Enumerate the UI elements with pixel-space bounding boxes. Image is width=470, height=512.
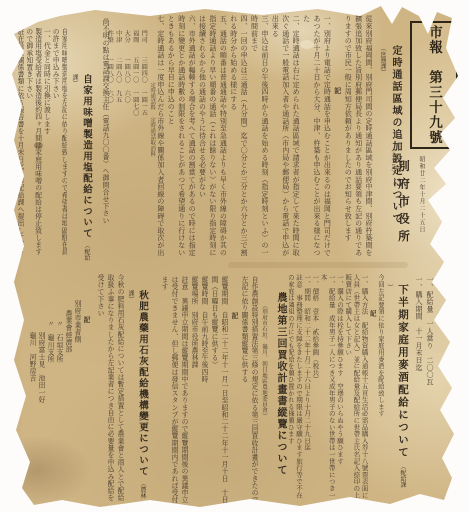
heading-text: 定時通話區域の追加設定について (390, 45, 401, 225)
fee-row-oita: 大分 一圓八〇 六〇 (123, 24, 131, 174)
list-item: 一、配給量 一人當り 二〇〇瓦 (424, 276, 435, 500)
article-heading-lime: 秋肥農藥用石灰配給機構變更について （農林課） (125, 290, 149, 504)
list-item: 一、期間 昭和二十二年十月二十六日より十月二十九日迄 (302, 274, 310, 505)
ki-label: 記 (81, 280, 90, 502)
list-item: 四、一回の申込は三通話（九分間）迄で〇分とか三分とか六分とか三で割れる時分から始… (228, 15, 249, 259)
fee: 三圓四〇 (139, 57, 148, 83)
fee-row-fukuoka: 福岡 五圓一〇 一圓七〇 (132, 24, 140, 174)
article-heading-beer: 下半期家庭用麥酒配給について （配給課） (384, 284, 410, 490)
masthead-title: 市報 第三十九號 (424, 25, 444, 145)
article-heading-miso-salt: 自家用味噌製造用塩配給について （配給課） (69, 74, 93, 262)
paragraph: 註意 異議申立期間は縱覽期間中でありますので縱覽期間後の異議申立は受付できません… (158, 276, 188, 504)
list-item: 縱覽期間 自昭和二十二年十一月一日至昭和二十二年十一月十日 十日間（日曜日も縱覽… (208, 276, 228, 504)
band-gutter-shade (228, 262, 408, 268)
paragraph: 製造用塩受給者は製造後約四ヶ月間は家庭用味噌の配給は停止致しますので御承知置き下… (23, 28, 41, 258)
ki-label: 記 (368, 274, 376, 505)
heading-text: 秋肥農藥用石灰配給機構變更について (137, 290, 147, 477)
heading-text: 下半期家庭用麥酒配給について (397, 284, 408, 459)
list-item: 一、購入期間 十一月末日迄 (413, 276, 424, 500)
list-item: 〃 石垣支所 (54, 280, 63, 502)
list-item: 三、申込は前日の午後四時から通話を始める時刻（指定時刻といふ）の一時間前まで (249, 15, 270, 259)
article-body-lime-intro: 今秋の肥料用石灰配給については暫定措置として農業會と商人とで配給取扱ふ事になりま… (91, 274, 124, 506)
cancel-caption: 定時通話取消料 (148, 117, 156, 157)
heading-text: 自家用味噌製造用塩配給について (81, 74, 91, 239)
list-item: 一、別府より電話で定時通話を申込むことが出來るのは福岡と門司だけであつたが十月二… (301, 15, 332, 259)
article-body-telephone: 從來別府福岡間、別府門司間の定時通話區域を別府中津間、別府杵築間を擴張追加致した… (156, 15, 374, 259)
ki-label: 記 (228, 276, 238, 504)
list-item: 〃 龜川支所 (45, 280, 54, 502)
article-body-farmland: 自作農創設特別措置法第三條の規定に依る第三回買收計畫ができたので左記に依り關係書… (153, 276, 258, 504)
ki-label: 記 (435, 276, 446, 500)
list-item: 一、購入方法 配給物資購入通帳十五頁生活必需品購入券十八號票表面に人員（世帶主は… (343, 274, 368, 505)
paragraph: 今回左記要領に依り家庭用麥酒を配給致します (376, 274, 384, 505)
masthead-title-box: 市報 第三十九號 (410, 21, 458, 149)
list-item: 農業會經濟部 (63, 280, 72, 502)
list-item: 龜川 河野房吉 (27, 280, 36, 502)
paragraph: 一、代金と同時に引換に渡します (41, 28, 50, 258)
list-item: 一、價格 壹本 貳拾參圓（税共） (310, 274, 318, 505)
paragraph: 自家用味噌製造用塩を左記に依り配給致しますので希望者は地區駐在員の許まで申込み下… (49, 28, 67, 258)
paragraph: 註意 事務整理に支障をきたしますので期限は嚴守願ひます旅行等で不在の家庭は隣組の… (289, 274, 302, 505)
dept-label: （庶務課） (379, 45, 385, 75)
list-item: 一、配給量 成年男子一人につき又成年男子のない世帶は一世帶につき一本 (318, 274, 334, 505)
cancel-fee: 一圓一五 (139, 90, 148, 116)
article-body-lime-list: 記 別府市業者側 農業會經濟部 〃 石垣支所 〃 龜川支所 別府富士見 池田一好… (23, 280, 90, 502)
ki-label: 記 (332, 15, 342, 259)
article-body-miso-salt: 自家用味噌製造用塩を左記に依り配給致しますので希望者は地區駐在員の許まで申込み下… (5, 28, 67, 258)
article-heading-farmland: 農地第三回買收計畫書縱覽について (273, 292, 288, 500)
issue-date: 昭和廿二年十月二十五日 (417, 156, 426, 256)
fee-table: 定時通話料 定時通話取消料 門司 三圓四〇 一圓一五 福岡 五圓一〇 一圓七〇 … (109, 24, 156, 174)
list-item: 五、通話の順番は普通通話や特別至急通話よりも早く市外線の障碍か其の指定時通話より… (197, 15, 228, 259)
list-item: 縱覽場所 別府市役所農林課 (188, 276, 198, 504)
paragraph: 自作農創設特別措置法第三條の規定に依る第三回買收計畫ができたので左記に依り關係書… (238, 276, 258, 504)
paragraph: 從來別府福岡間、別府門司間の定時通話區域を別府中津間、別府杵築間を擴張追加致した… (343, 15, 374, 259)
dept-label-farmland: （別府市石垣、龜川、朝日地區農地委員會） (260, 303, 268, 503)
list-item: 一、購入の際は栓を持參願ひます 空壜のいらぬやう願ひます (335, 274, 343, 505)
bulletin-scan: 市報 第三十九號 （大分14） 昭和廿二年十月二十五日 別府市役所 定時通話區域… (0, 0, 470, 512)
list-item: 縱覽時間 自午前九時至午後四時 (198, 276, 208, 504)
place: 門司 (139, 30, 148, 43)
article-heading-telephone: 定時通話區域の追加設定について （庶務課） (377, 45, 403, 259)
article-body-beer: 今回左記要領に依り家庭用麥酒を配給致します 記 一、購入方法 配給物資購入通帳十… (289, 274, 384, 505)
fee-table-captions: 定時通話料 定時通話取消料 (149, 24, 157, 174)
fee-caption: 定時通話料 (148, 82, 156, 111)
list-item: 二、定時通話は右に定められた通話區域で請求者が指定して來た時間に取次ぐ通話で一般… (270, 15, 301, 259)
newspaper-page: 市報 第三十九號 （大分14） 昭和廿二年十月二十五日 別府市役所 定時通話區域… (0, 0, 470, 512)
fee-row-moji: 門司 三圓四〇 一圓一五 (140, 24, 148, 174)
article-closing-telephone: 尚不明の點は電話課交換主任（電話九〇〇番）へ御問合せ下さい (94, 18, 109, 258)
list-item: 六、市外通話が輻輳する場合を考へて通話の割當てがあるので時には指定時刻に變更とか… (166, 15, 197, 259)
paper-stain (8, 460, 21, 471)
list-lead: 別府市業者側 (72, 280, 81, 502)
fee-row-nakatsu: 中津 二圓八〇 九五 (115, 24, 123, 174)
list-item: 七、定時通話は一度申込んだら市外線や關係加入者回線の障碍で取次が出來ない時等を除… (156, 15, 166, 259)
list-item: 別府富士見 池田一好 (36, 280, 45, 502)
paragraph: 駐在員は關係書類に依る報告書を十月末日迄に市配給課へ提出して下さい (5, 28, 23, 258)
